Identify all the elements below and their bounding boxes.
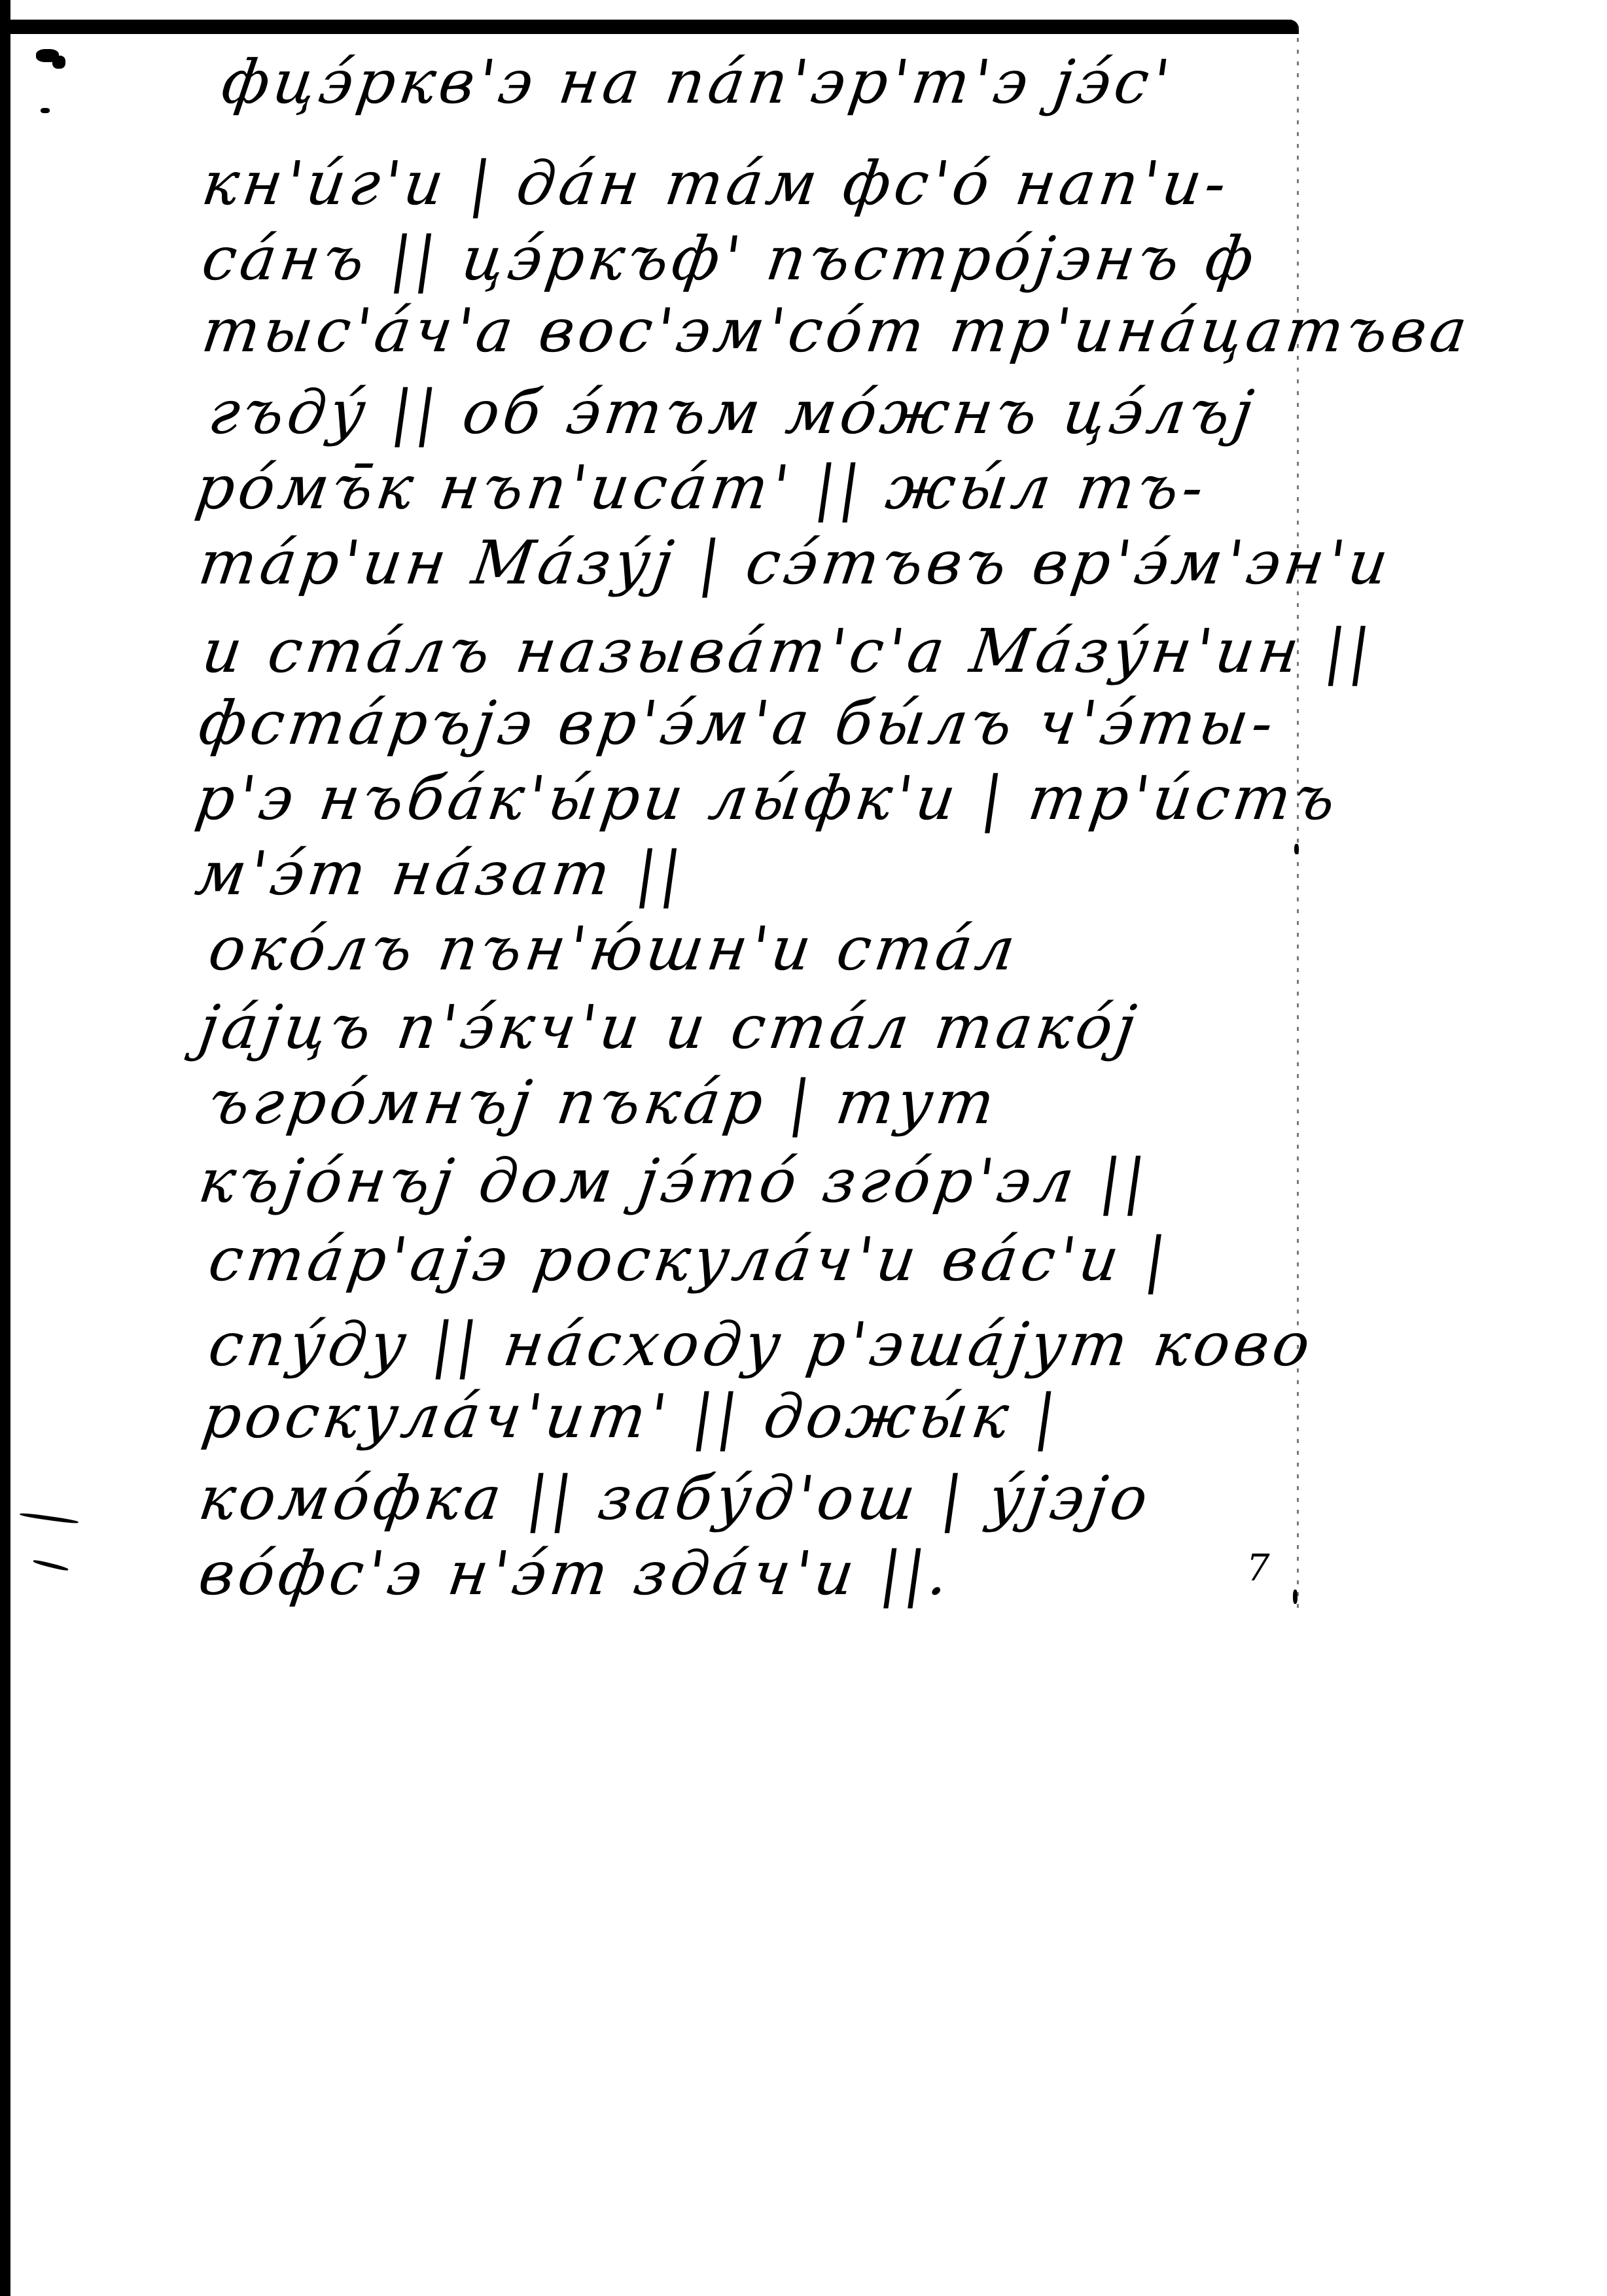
scan-speck [20,1512,79,1524]
manuscript-line-11: м'э́т на́зат || [192,844,689,904]
manuscript-line-12: око́лъ пън'ю́шн'и ста́л [205,919,1023,979]
manuscript-line-19: комо́фка || забу́д'ош | у́јэјо [196,1469,1156,1529]
scan-speck [1294,844,1299,854]
manuscript-line-5: гъду́ || об э́тъм мо́жнъ цэ́лъј [205,383,1261,443]
manuscript-line-14: ъгро́мнъј пъка́р | тут [205,1073,1002,1133]
manuscript-line-3: са́нъ || цэ́ркъф' пъстро́јэнъ ф [199,229,1262,289]
scan-speck [41,108,50,113]
manuscript-line-2: кн'и́г'и | да́н та́м фс'о́ нап'и- [199,154,1234,214]
manuscript-line-9: фста́ръјэ вр'э́м'а бы́лъ ч'э́ты- [196,693,1281,754]
manuscript-line-20: во́фс'э н'э́т зда́ч'и ||. [196,1544,957,1604]
manuscript-line-17: спу́ду || на́сходу р'эша́јут ково [205,1315,1318,1375]
scan-speck [52,56,65,69]
manuscript-line-18: роскула́ч'ит' || дожы́к | [199,1387,1064,1447]
scan-speck [33,1559,69,1571]
manuscript-line-16: ста́р'ајэ роскула́ч'и ва́с'и | [205,1230,1174,1290]
manuscript-line-15: къјо́нъј дом јэ́то́ зго́р'эл || [196,1151,1154,1211]
manuscript-line-7: та́р'ин Ма́зу́ј | сэ́тъвъ вр'э́м'эн'и [196,533,1396,593]
scan-border-top [0,20,1299,34]
binding-strip [0,1609,8,2296]
manuscript-line-6: ро́мъ̄к нъп'иса́т' || жы́л тъ- [192,458,1211,518]
manuscript-line-8: и ста́лъ называ́т'с'а Ма́зу́н'ин || [199,621,1378,682]
page-number: 7 [1246,1547,1270,1590]
manuscript-line-13: ја́јцъ п'э́кч'и и ста́л тако́ј [196,998,1143,1058]
manuscript-page: фцэ́ркв'э на па́п'эр'т'э јэ́с' кн'и́г'и … [0,0,1607,2296]
manuscript-line-4: тыс'а́ч'а вос'эм'со́т тр'ина́цатъва [199,301,1475,361]
manuscript-line-1: фцэ́ркв'э на па́п'эр'т'э јэ́с' [219,52,1177,113]
manuscript-line-10: р'э нъба́к'ы́ри лы́фк'и | тр'и́стъ [192,769,1343,829]
scan-speck [1293,1590,1298,1604]
